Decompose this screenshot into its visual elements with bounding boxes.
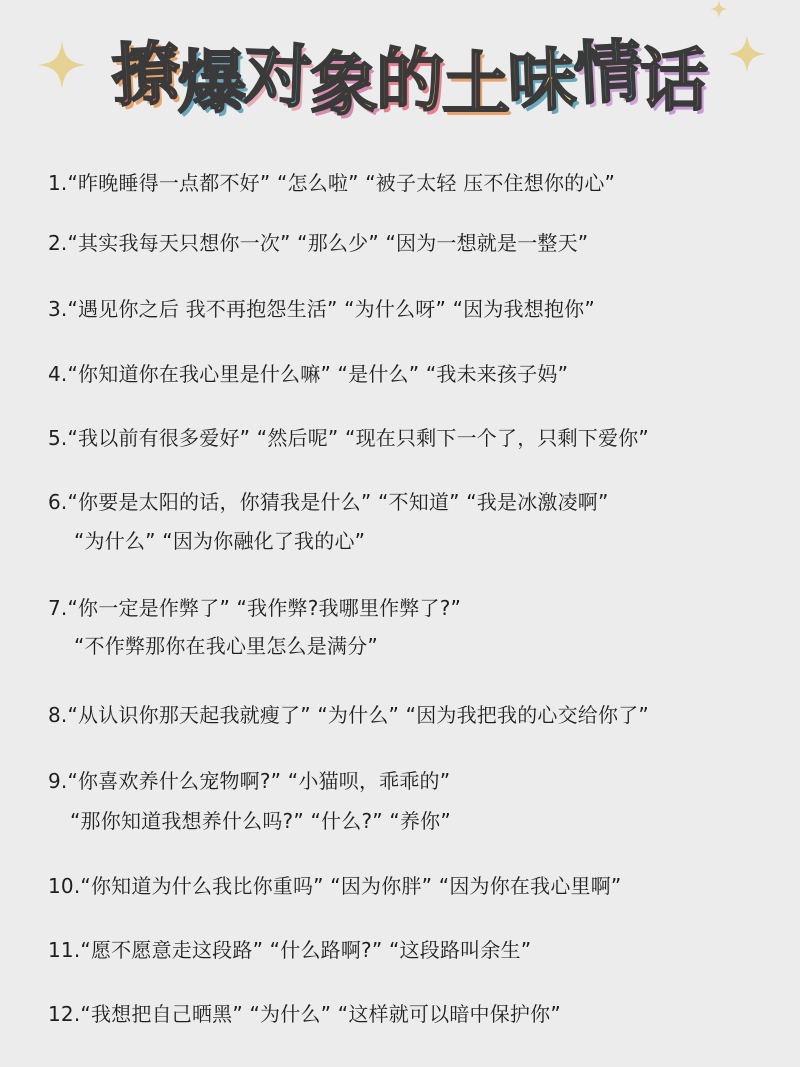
title-char: 对 [243,43,313,113]
list-item: 9.“你喜欢养什么宠物啊?” “小猫呗，乖乖的” “那你知道我想养什么吗?” “… [48,767,451,835]
item-line: 9.“你喜欢养什么宠物啊?” “小猫呗，乖乖的” [48,767,451,795]
list-item: 4.“你知道你在我心里是什么嘛” “是什么” “我未来孩子妈” [48,360,568,388]
list-item: 5.“我以前有很多爱好” “然后呢” “现在只剩下一个了，只剩下爱你” [48,424,649,452]
title-char: 情 [572,38,643,109]
item-line-continued: “那你知道我想养什么吗?” “什么?” “养你” [48,807,451,835]
item-line-continued: “为什么” “因为你融化了我的心” [48,527,609,555]
item-line: 6.“你要是太阳的话，你猜我是什么” “不知道” “我是冰激凌啊” [48,488,609,516]
list-item: 11.“愿不愿意走这段路” “什么路啊?” “这段路叫余生” [48,936,531,964]
item-line: 3.“遇见你之后 我不再抱怨生活” “为什么呀” “因为我想抱你” [48,295,595,323]
item-line: 8.“从认识你那天起我就瘦了” “为什么” “因为我把我的心交给你了” [48,701,649,729]
item-line: 2.“其实我每天只想你一次” “那么少” “因为一想就是一整天” [48,229,588,257]
item-line: 4.“你知道你在我心里是什么嘛” “是什么” “我未来孩子妈” [48,360,568,388]
title-char: 象 [310,52,378,120]
sparkle-top-right-icon [710,0,728,24]
list-item: 2.“其实我每天只想你一次” “那么少” “因为一想就是一整天” [48,229,588,257]
item-line: 11.“愿不愿意走这段路” “什么路啊?” “这段路叫余生” [48,936,531,964]
title-char: 的 [376,48,444,116]
title-char: 撩 [110,40,181,111]
item-line: 10.“你知道为什么我比你重吗” “因为你胖” “因为你在我心里啊” [48,872,622,900]
sparkle-left-icon [38,40,86,90]
list-item: 1.“昨晚睡得一点都不好” “怎么啦” “被子太轻 压不住想你的心” [48,169,615,197]
title-char: 爆 [178,50,246,118]
list-item: 7.“你一定是作弊了” “我作弊?我哪里作弊了?” “不作弊那你在我心里怎么是满… [48,594,461,660]
list-item: 12.“我想把自己晒黑” “为什么” “这样就可以暗中保护你” [48,1000,561,1028]
title-char: 味 [507,47,577,117]
list-item: 6.“你要是太阳的话，你猜我是什么” “不知道” “我是冰激凌啊” “为什么” … [48,488,609,555]
item-line: 1.“昨晚睡得一点都不好” “怎么啦” “被子太轻 压不住想你的心” [48,169,615,197]
title-banner: 撩 爆 对 象 的 土 味 情 话 [0,20,800,130]
sparkle-right-icon [728,34,766,74]
title-char: 话 [640,48,708,116]
list-item: 8.“从认识你那天起我就瘦了” “为什么” “因为我把我的心交给你了” [48,701,649,729]
item-line: 5.“我以前有很多爱好” “然后呢” “现在只剩下一个了，只剩下爱你” [48,424,649,452]
title-char: 土 [442,52,510,120]
page-title: 撩 爆 对 象 的 土 味 情 话 [95,30,725,130]
item-line-continued: “不作弊那你在我心里怎么是满分” [48,632,461,660]
list-item: 10.“你知道为什么我比你重吗” “因为你胖” “因为你在我心里啊” [48,872,622,900]
item-line: 7.“你一定是作弊了” “我作弊?我哪里作弊了?” [48,594,461,622]
item-line: 12.“我想把自己晒黑” “为什么” “这样就可以暗中保护你” [48,1000,561,1028]
list-item: 3.“遇见你之后 我不再抱怨生活” “为什么呀” “因为我想抱你” [48,295,595,323]
